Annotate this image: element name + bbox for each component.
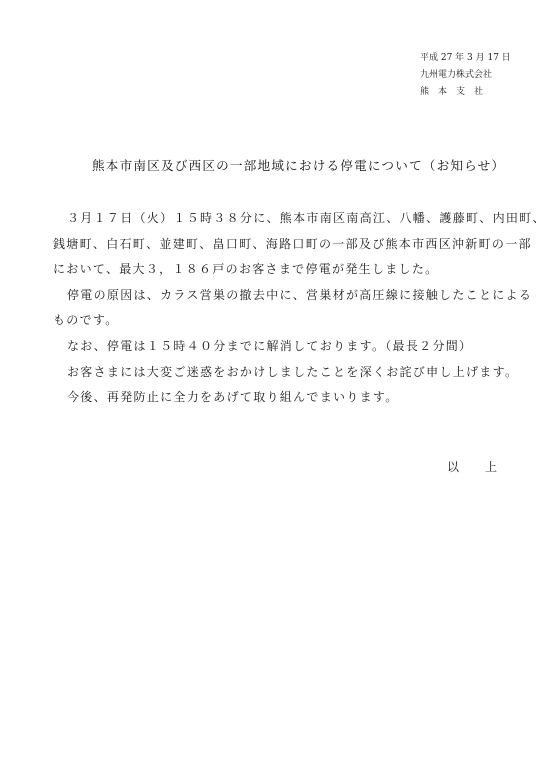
document-body: ３月１７日（火）１５時３８分に、熊本市南区南高江、八幡、護藤町、内田町、 銭塘町… xyxy=(53,206,503,411)
branch-name: 熊本支社 xyxy=(420,84,511,101)
paragraph-2-line-1: 停電の原因は、カラス営巣の撤去中に、営巣材が高圧線に接触したことによる xyxy=(53,283,503,309)
paragraph-3: なお、停電は１５時４０分までに解消しております。（最長２分間） xyxy=(53,334,503,360)
company-name: 九州電力株式会社 xyxy=(420,67,511,84)
paragraph-1-line-2: 銭塘町、白石町、並建町、畠口町、海路口町の一部及び熊本市西区沖新町の一部 xyxy=(53,232,503,258)
paragraph-5: 今後、再発防止に全力をあげて取り組んでまいります。 xyxy=(53,385,503,411)
paragraph-1-line-3: において、最大３，１８６戸のお客さまで停電が発生しました。 xyxy=(53,257,503,283)
issuer-block: 平成 27 年 3 月 17 日 九州電力株式会社 熊本支社 xyxy=(420,50,511,101)
paragraph-2-line-2: ものです。 xyxy=(53,308,503,334)
closing-mark: 以上 xyxy=(447,458,523,475)
paragraph-1-line-1: ３月１７日（火）１５時３８分に、熊本市南区南高江、八幡、護藤町、内田町、 xyxy=(53,206,503,232)
issue-date: 平成 27 年 3 月 17 日 xyxy=(420,50,511,67)
document-title: 熊本市南区及び西区の一部地域における停電について（お知らせ） xyxy=(92,155,505,174)
paragraph-4: お客さまには大変ご迷惑をおかけしましたことを深くお詫び申し上げます。 xyxy=(53,360,503,386)
